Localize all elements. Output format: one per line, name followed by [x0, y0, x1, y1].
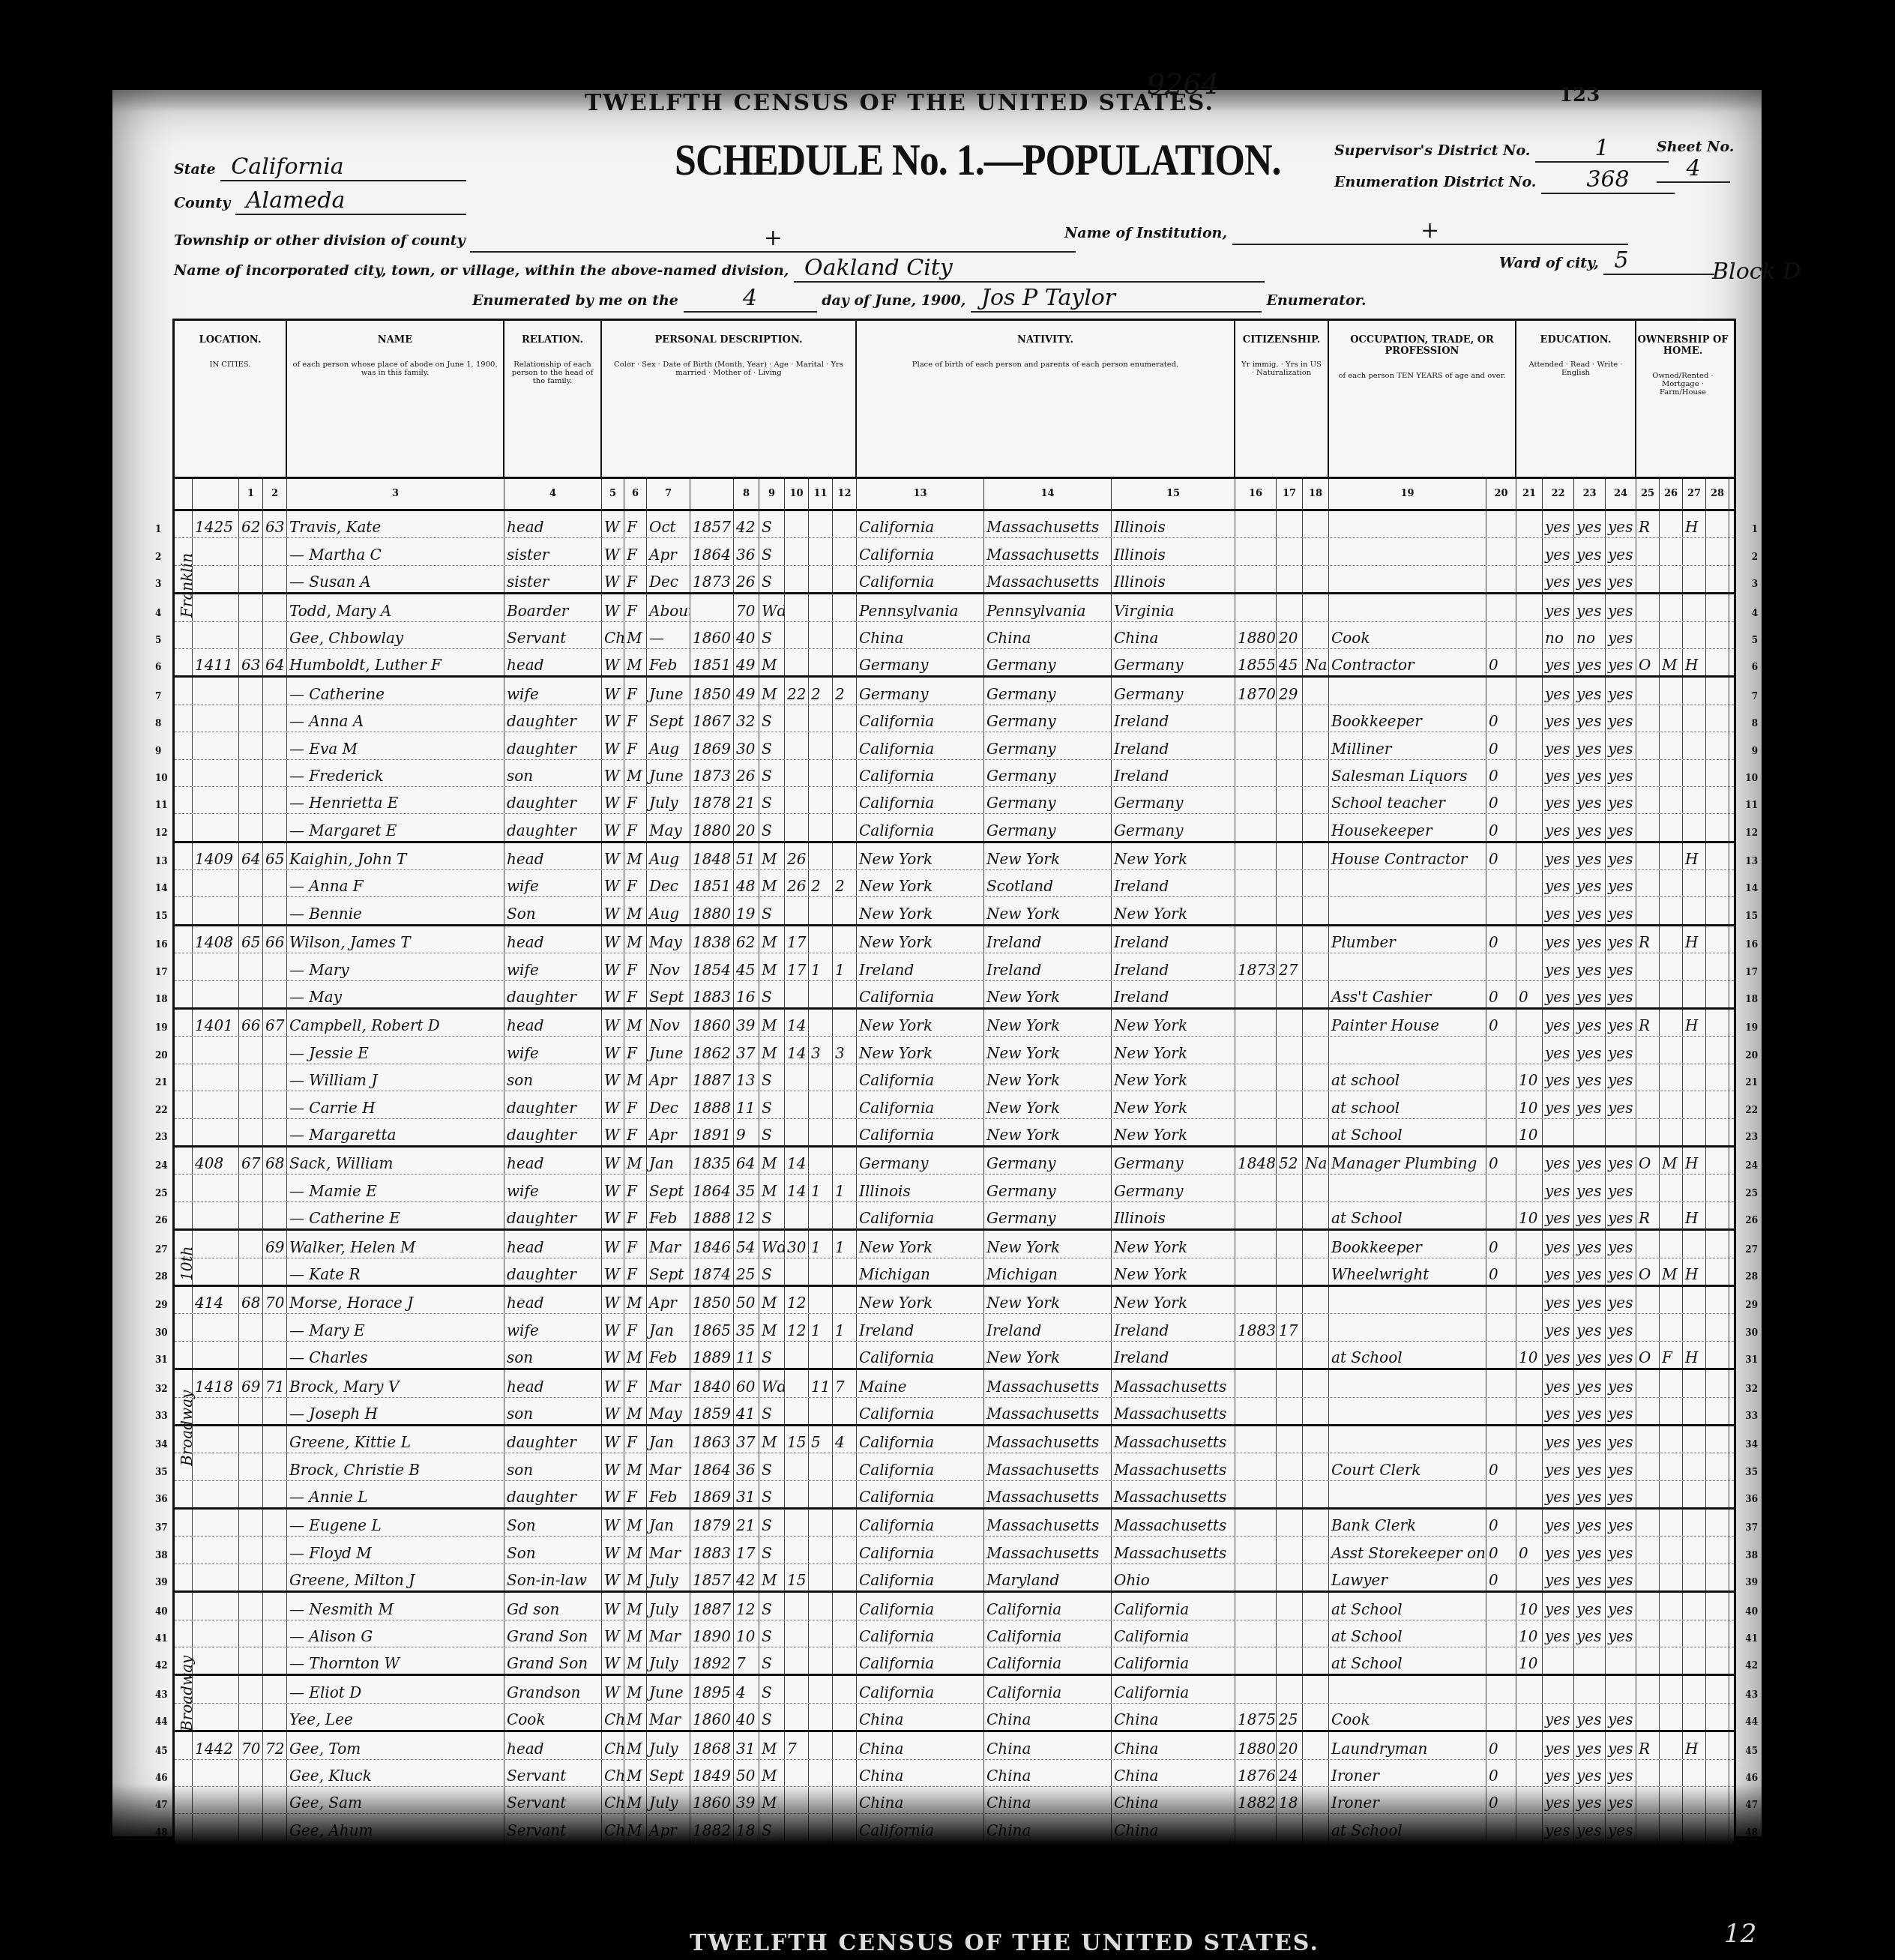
table-row: 3214186971Brock, Mary VheadWFMar184060Wd…: [175, 1370, 1734, 1397]
column-number-row: 1234567891011121314151617181920212223242…: [175, 479, 1734, 511]
cell-mo: [809, 1064, 833, 1091]
cell-occ: Plumber: [1329, 926, 1486, 953]
cell-sex: M: [624, 1510, 647, 1536]
cell-yus: 24: [1277, 1760, 1303, 1786]
cell-imm: [1235, 1510, 1277, 1536]
cell-name: — Eliot D: [287, 1676, 504, 1702]
cell-month: Sept: [647, 981, 690, 1007]
cell-year: 1848: [690, 843, 734, 869]
cell-name: Gee, Tom: [287, 1732, 504, 1758]
cell-en: yes: [1606, 538, 1636, 564]
table-row: 28— Kate RdaughterWFSept187425SMichiganM…: [175, 1258, 1734, 1287]
cell-name: Campbell, Robert D: [287, 1010, 504, 1036]
cell-farm: [1683, 1064, 1706, 1091]
line-number-right: 20: [1745, 1050, 1758, 1061]
cell-rel: head: [504, 1231, 602, 1257]
cell-occ: Laundryman: [1329, 1732, 1486, 1758]
cell-en: yes: [1606, 870, 1636, 896]
cell-rel: son: [504, 1398, 602, 1424]
cell-dw: [239, 1342, 263, 1368]
cell-rd: yes: [1543, 1481, 1574, 1507]
cell-own: O: [1636, 649, 1660, 675]
cell-year: 1887: [690, 1064, 734, 1091]
cell-en: yes: [1606, 1231, 1636, 1257]
cell-pobm: China: [1112, 1732, 1235, 1758]
cell-mo: 1: [809, 1231, 833, 1257]
cell-pobf: Massachusetts: [984, 1537, 1112, 1563]
cell-own: [1636, 870, 1660, 896]
cell-pobm: Ireland: [1112, 870, 1235, 896]
cell-house: 414: [193, 1287, 239, 1313]
cell-farm: [1683, 1537, 1706, 1563]
table-row: 34Greene, Kittie LdaughterWFJan186337M15…: [175, 1426, 1734, 1453]
cell-wr: [1574, 1119, 1606, 1145]
table-row: 25— Mamie EwifeWFSept186435M1411Illinois…: [175, 1175, 1734, 1201]
cell-dw: [239, 1647, 263, 1674]
cell-yus: [1277, 1593, 1303, 1619]
cell-nat: [1303, 1647, 1329, 1674]
cell-rel: son: [504, 1064, 602, 1091]
cell-rd: no: [1543, 622, 1574, 648]
cell-en: yes: [1606, 732, 1636, 759]
cell-mu: [1486, 1593, 1516, 1619]
header-location: LOCATION.IN CITIES.: [175, 321, 287, 477]
cell-sch: [1516, 678, 1543, 704]
line-number-right: 29: [1745, 1300, 1758, 1310]
cell-age: 25: [734, 1258, 759, 1285]
cell-wr: yes: [1574, 1593, 1606, 1619]
cell-occ: Court Clerk: [1329, 1453, 1486, 1480]
cell-ym: [785, 1064, 809, 1091]
cell-mar: S: [759, 1676, 785, 1702]
cell-imm: 1876: [1235, 1760, 1277, 1786]
cell-age: 62: [734, 926, 759, 953]
cell-nat: [1303, 1620, 1329, 1647]
cell-yus: 27: [1277, 953, 1303, 980]
cell-name: Humboldt, Luther F: [287, 649, 504, 675]
cell-rd: yes: [1543, 1258, 1574, 1285]
cell-mo: [809, 511, 833, 537]
line-number: 8: [155, 718, 161, 729]
cell-rel: wife: [504, 678, 602, 704]
cell-nat: [1303, 1119, 1329, 1145]
line-number: 9: [155, 746, 161, 756]
cell-pobf: Germany: [984, 787, 1112, 813]
cell-dw: [239, 1593, 263, 1619]
cell-rd: yes: [1543, 1593, 1574, 1619]
cell-pobf: Germany: [984, 678, 1112, 704]
cell-en: yes: [1606, 678, 1636, 704]
cell-age: 12: [734, 1202, 759, 1228]
line-number: 36: [155, 1494, 168, 1504]
cell-year: 1878: [690, 787, 734, 813]
cell-color: W: [602, 1287, 624, 1313]
cell-rd: yes: [1543, 538, 1574, 564]
cell-mu: 0: [1486, 1510, 1516, 1536]
cell-dw: [239, 1231, 263, 1257]
cell-x: [1706, 1620, 1729, 1647]
cell-own: [1636, 1620, 1660, 1647]
cell-rd: yes: [1543, 1398, 1574, 1424]
cell-imm: [1235, 1287, 1277, 1313]
cell-mu: 0: [1486, 705, 1516, 732]
cell-nat: [1303, 1342, 1329, 1368]
cell-yus: 17: [1277, 1314, 1303, 1340]
cell-pobm: California: [1112, 1676, 1235, 1702]
cell-rel: daughter: [504, 1481, 602, 1507]
cell-rel: wife: [504, 953, 602, 980]
cell-wr: yes: [1574, 1258, 1606, 1285]
sheet-label: Sheet No.: [1657, 139, 1734, 155]
cell-farm: [1683, 538, 1706, 564]
cell-rel: daughter: [504, 1258, 602, 1285]
cell-age: 19: [734, 897, 759, 923]
cell-name: — Annie L: [287, 1481, 504, 1507]
cell-farm: [1683, 1037, 1706, 1063]
cell-rd: yes: [1543, 705, 1574, 732]
cell-mar: S: [759, 1091, 785, 1118]
cell-own: [1636, 981, 1660, 1007]
population-schedule-table: LOCATION.IN CITIES. NAMEof each person w…: [172, 319, 1736, 1900]
cell-age: 48: [734, 870, 759, 896]
cell-rel: sister: [504, 538, 602, 564]
cell-house: [193, 1119, 239, 1145]
cell-color: W: [602, 1620, 624, 1647]
line-number-right: 27: [1745, 1244, 1758, 1255]
cell-year: 1840: [690, 1370, 734, 1396]
line-number: 7: [155, 691, 161, 702]
cell-farm: [1683, 705, 1706, 732]
street-name-margin: Broadway: [178, 1656, 196, 1731]
cell-en: yes: [1606, 1760, 1636, 1786]
cell-li: [833, 814, 857, 840]
table-row: 1614086566Wilson, James TheadWMMay183862…: [175, 926, 1734, 953]
cell-pobm: China: [1112, 622, 1235, 648]
cell-yus: 29: [1277, 678, 1303, 704]
cell-name: — Jessie E: [287, 1037, 504, 1063]
cell-occ: [1329, 953, 1486, 980]
cell-yus: [1277, 1564, 1303, 1590]
table-row: 9— Eva MdaughterWFAug186930SCaliforniaGe…: [175, 732, 1734, 759]
cell-pobm: Massachusetts: [1112, 1510, 1235, 1536]
cell-sch: [1516, 1564, 1543, 1590]
cell-li: 4: [833, 1426, 857, 1453]
cell-dw: [239, 705, 263, 732]
cell-sex: M: [624, 1148, 647, 1174]
cell-ym: [785, 1510, 809, 1536]
cell-x: [1706, 1732, 1729, 1758]
cell-mar: M: [759, 1010, 785, 1036]
cell-year: 1895: [690, 1676, 734, 1702]
cell-mar: M: [759, 870, 785, 896]
cell-pobf: China: [984, 1732, 1112, 1758]
cell-age: 10: [734, 1620, 759, 1647]
cell-imm: 1873: [1235, 953, 1277, 980]
cell-mort: M: [1660, 1258, 1683, 1285]
cell-yus: [1277, 1426, 1303, 1453]
cell-farm: [1683, 897, 1706, 923]
cell-pob: Germany: [857, 649, 984, 675]
cell-color: W: [602, 678, 624, 704]
cell-pob: California: [857, 760, 984, 786]
cell-street: [175, 1119, 193, 1145]
cell-sex: F: [624, 1175, 647, 1201]
cell-pob: California: [857, 1564, 984, 1590]
cell-house: [193, 538, 239, 564]
cell-age: 40: [734, 622, 759, 648]
line-number: 19: [155, 1022, 168, 1033]
cell-occ: at School: [1329, 1620, 1486, 1647]
cell-sex: F: [624, 953, 647, 980]
cell-mo: [809, 1091, 833, 1118]
cell-sex: M: [624, 649, 647, 675]
cell-year: 1867: [690, 705, 734, 732]
cell-mort: [1660, 760, 1683, 786]
cell-month: Apr: [647, 1119, 690, 1145]
cell-li: 2: [833, 870, 857, 896]
cell-fam: [263, 594, 287, 621]
line-number-right: 21: [1745, 1077, 1758, 1088]
cell-rd: [1543, 1119, 1574, 1145]
cell-dw: [239, 953, 263, 980]
cell-yus: [1277, 1037, 1303, 1063]
cell-yus: 25: [1277, 1704, 1303, 1730]
cell-color: W: [602, 1564, 624, 1590]
line-number-right: 6: [1752, 662, 1758, 672]
cell-ym: 17: [785, 953, 809, 980]
cell-mort: [1660, 1732, 1683, 1758]
cell-color: W: [602, 1258, 624, 1285]
table-row: 12— Margaret EdaughterWFMay188020SCalifo…: [175, 814, 1734, 842]
cell-dw: [239, 594, 263, 621]
line-number: 23: [155, 1132, 168, 1142]
line-number: 5: [155, 635, 161, 645]
cell-pobf: Massachusetts: [984, 1398, 1112, 1424]
cell-month: Jan: [647, 1314, 690, 1340]
enumerated-day: 4: [684, 285, 817, 313]
cell-age: 21: [734, 1510, 759, 1536]
cell-street: [175, 511, 193, 537]
cell-pobm: New York: [1112, 1037, 1235, 1063]
next-page-number-fragment: 12: [1724, 1919, 1756, 1949]
header-ownership: OWNERSHIP OF HOME.Owned/Rented · Mortgag…: [1636, 321, 1729, 477]
cell-x: [1706, 870, 1729, 896]
cell-li: [833, 1091, 857, 1118]
cell-fam: [263, 622, 287, 648]
cell-month: Oct: [647, 511, 690, 537]
cell-mar: M: [759, 1037, 785, 1063]
cell-pob: China: [857, 1732, 984, 1758]
cell-own: [1636, 1676, 1660, 1702]
cell-age: 41: [734, 1398, 759, 1424]
line-number-right: 44: [1745, 1716, 1758, 1727]
cell-sch: 0: [1516, 981, 1543, 1007]
cell-pobf: Germany: [984, 760, 1112, 786]
cell-name: — Susan A: [287, 566, 504, 592]
cell-pobf: Massachusetts: [984, 566, 1112, 592]
line-number: 28: [155, 1271, 168, 1282]
cell-color: W: [602, 538, 624, 564]
cell-fam: [263, 814, 287, 840]
cell-dw: [239, 870, 263, 896]
cell-rel: head: [504, 1148, 602, 1174]
cell-own: [1636, 1175, 1660, 1201]
cell-age: 26: [734, 760, 759, 786]
cell-fam: [263, 1564, 287, 1590]
cell-sex: F: [624, 566, 647, 592]
cell-fam: [263, 760, 287, 786]
cell-rd: yes: [1543, 1342, 1574, 1368]
cell-occ: [1329, 538, 1486, 564]
cell-sch: [1516, 1453, 1543, 1480]
cell-nat: [1303, 566, 1329, 592]
cell-rd: yes: [1543, 1175, 1574, 1201]
cell-mar: Wd: [759, 594, 785, 621]
cell-mu: 0: [1486, 1537, 1516, 1563]
cell-age: 17: [734, 1537, 759, 1563]
column-number: 16: [1235, 479, 1277, 509]
line-number-right: 4: [1752, 608, 1758, 618]
cell-rd: yes: [1543, 1010, 1574, 1036]
line-number: 6: [155, 662, 161, 672]
table-row: 37— Eugene LSonWMJan187921SCaliforniaMas…: [175, 1510, 1734, 1537]
cell-mu: [1486, 1676, 1516, 1702]
cell-occ: [1329, 1426, 1486, 1453]
cell-fam: [263, 1481, 287, 1507]
cell-dw: [239, 1453, 263, 1480]
cell-farm: H: [1683, 1010, 1706, 1036]
cell-sch: 10: [1516, 1091, 1543, 1118]
cell-sch: [1516, 1398, 1543, 1424]
cell-sch: [1516, 1760, 1543, 1786]
cell-house: [193, 1510, 239, 1536]
cell-year: 1851: [690, 649, 734, 675]
cell-year: 1864: [690, 1175, 734, 1201]
cell-house: 1401: [193, 1010, 239, 1036]
cell-own: [1636, 814, 1660, 840]
cell-year: 1857: [690, 511, 734, 537]
cell-dw: [239, 1564, 263, 1590]
line-number-right: 36: [1745, 1494, 1758, 1504]
cell-pobm: New York: [1112, 1231, 1235, 1257]
cell-mar: S: [759, 760, 785, 786]
cell-pobf: Michigan: [984, 1258, 1112, 1285]
cell-fam: 71: [263, 1370, 287, 1396]
cell-occ: [1329, 1676, 1486, 1702]
cell-pobm: China: [1112, 1704, 1235, 1730]
line-number: 42: [155, 1660, 168, 1671]
cell-color: W: [602, 705, 624, 732]
enumerator-name: Jos P Taylor: [971, 285, 1262, 313]
cell-house: [193, 953, 239, 980]
cell-sch: 10: [1516, 1202, 1543, 1228]
census-title: TWELFTH CENSUS OF THE UNITED STATES.: [585, 90, 1214, 116]
cell-nat: [1303, 926, 1329, 953]
line-number: 14: [155, 883, 168, 893]
cell-occ: Painter House: [1329, 1010, 1486, 1036]
cell-x: [1706, 511, 1729, 537]
cell-occ: [1329, 897, 1486, 923]
cell-mo: 1: [809, 953, 833, 980]
cell-sex: F: [624, 1481, 647, 1507]
table-row: 4Todd, Mary ABoarderWFAbout70WdPennsylva…: [175, 594, 1734, 621]
cell-farm: [1683, 1620, 1706, 1647]
cell-rel: head: [504, 1287, 602, 1313]
cell-house: 1408: [193, 926, 239, 953]
cell-fam: [263, 1064, 287, 1091]
cell-pobf: Germany: [984, 1175, 1112, 1201]
cell-mu: [1486, 870, 1516, 896]
cell-nat: [1303, 1760, 1329, 1786]
cell-color: W: [602, 1148, 624, 1174]
cell-sch: [1516, 1175, 1543, 1201]
cell-occ: [1329, 1481, 1486, 1507]
cell-mar: M: [759, 1732, 785, 1758]
cell-en: yes: [1606, 1620, 1636, 1647]
cell-mort: [1660, 1010, 1683, 1036]
cell-ym: [785, 1704, 809, 1730]
cell-dw: [239, 1704, 263, 1730]
cell-x: [1706, 1231, 1729, 1257]
cell-occ: Housekeeper: [1329, 814, 1486, 840]
cell-imm: 1883: [1235, 1314, 1277, 1340]
cell-farm: H: [1683, 1732, 1706, 1758]
cell-rd: yes: [1543, 678, 1574, 704]
cell-mo: [809, 732, 833, 759]
cell-sex: F: [624, 1119, 647, 1145]
cell-age: 39: [734, 1010, 759, 1036]
cell-yus: [1277, 1010, 1303, 1036]
cell-age: 45: [734, 953, 759, 980]
header-personal-description: PERSONAL DESCRIPTION.Color · Sex · Date …: [602, 321, 857, 477]
cell-year: 1864: [690, 538, 734, 564]
cell-year: 1850: [690, 1287, 734, 1313]
cell-pob: New York: [857, 1287, 984, 1313]
cell-occ: [1329, 870, 1486, 896]
cell-wr: yes: [1574, 1537, 1606, 1563]
cell-nat: [1303, 1091, 1329, 1118]
line-number-right: 13: [1745, 856, 1758, 866]
cell-street: [175, 1342, 193, 1368]
cell-street: [175, 732, 193, 759]
cell-li: [833, 1258, 857, 1285]
cell-mort: [1660, 511, 1683, 537]
cell-rel: son: [504, 1342, 602, 1368]
cell-pobf: New York: [984, 1342, 1112, 1368]
line-number: 34: [155, 1439, 168, 1450]
cell-ym: [785, 1342, 809, 1368]
cell-yus: [1277, 594, 1303, 621]
cell-sch: [1516, 1704, 1543, 1730]
cell-month: Dec: [647, 870, 690, 896]
line-number: 13: [155, 856, 168, 866]
cell-pob: China: [857, 1704, 984, 1730]
cell-sch: [1516, 594, 1543, 621]
cell-sex: M: [624, 1398, 647, 1424]
cell-color: W: [602, 1119, 624, 1145]
cell-wr: [1574, 1647, 1606, 1674]
cell-fam: [263, 1202, 287, 1228]
cell-en: yes: [1606, 760, 1636, 786]
cell-mar: S: [759, 897, 785, 923]
cell-name: Todd, Mary A: [287, 594, 504, 621]
cell-own: [1636, 1231, 1660, 1257]
cell-nat: [1303, 594, 1329, 621]
line-number: 25: [155, 1188, 168, 1198]
cell-year: 1854: [690, 953, 734, 980]
cell-mar: S: [759, 732, 785, 759]
table-row: 42— Thornton WGrand SonWMJuly18927SCalif…: [175, 1647, 1734, 1676]
